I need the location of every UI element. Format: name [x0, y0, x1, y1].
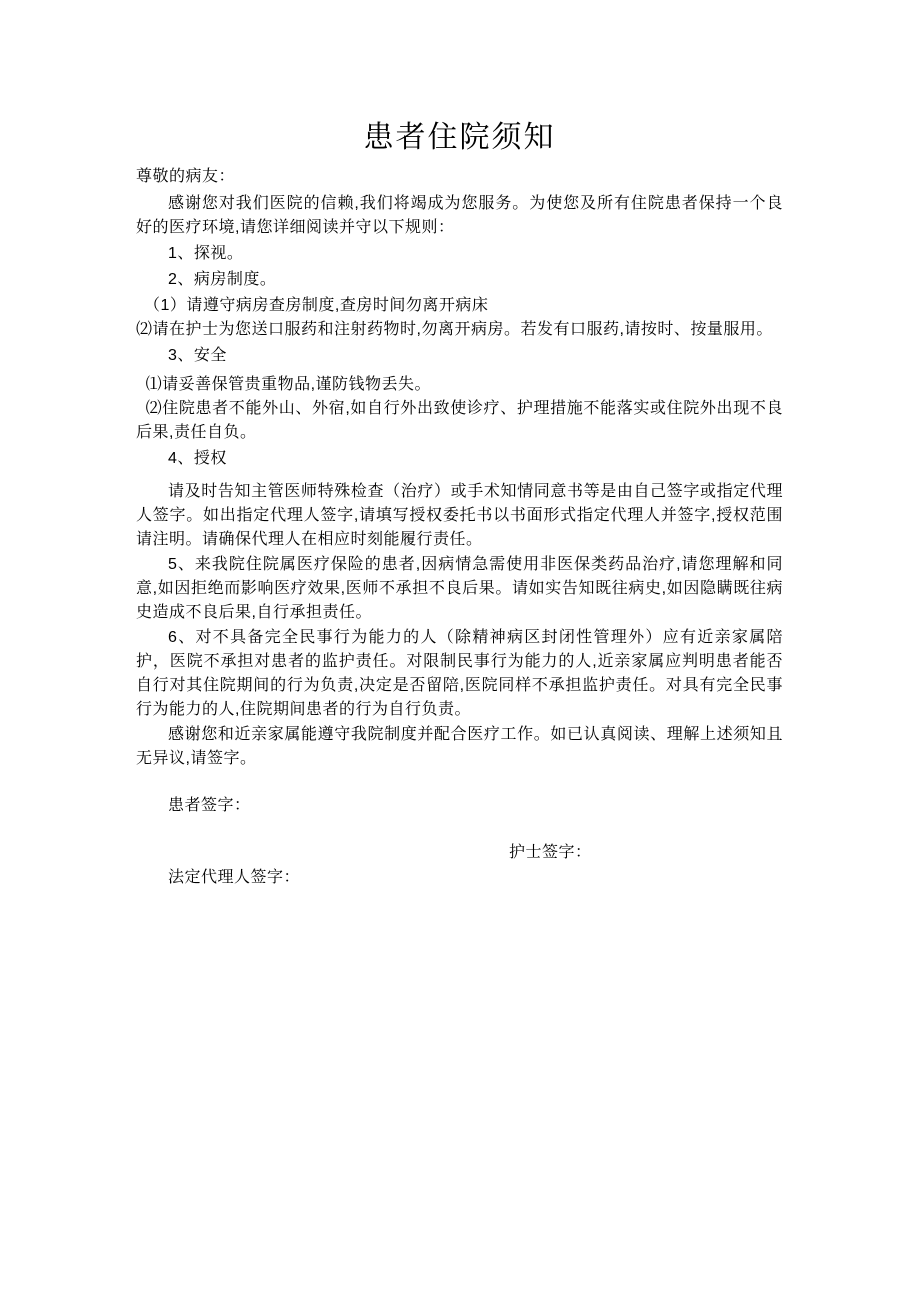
rule-item-4: 4、授权 — [136, 447, 783, 471]
rule-4-authorization-paragraph: 请及时告知主管医师特殊检查（治疗）或手术知情同意书等是由自己签字或指定代理人签字… — [136, 480, 783, 552]
intro-paragraph: 感谢您对我们医院的信赖,我们将竭成为您服务。为使您及所有住院患者保持一个良好的医… — [136, 192, 783, 240]
rule-2-sub-2: ⑵请在护士为您送口服药和注射药物时,勿离开病房。若发有口服药,请按时、按量服用。 — [136, 318, 783, 342]
nurse-signature-label: 护士签字： — [136, 841, 783, 865]
rule-item-2: 2、病房制度。 — [136, 268, 783, 292]
document-page: 患者住院须知 尊敬的病友： 感谢您对我们医院的信赖,我们将竭成为您服务。为使您及… — [0, 0, 920, 1301]
rule-3-sub-2: ⑵住院患者不能外山、外宿,如自行外出致使诊疗、护理措施不能落实或住院外出现不良后… — [136, 397, 783, 445]
closing-paragraph: 感谢您和近亲家属能遵守我院制度并配合医疗工作。如已认真阅读、理解上述须知且无异议… — [136, 723, 783, 771]
rule-item-6: 6、对不具备完全民事行为能力的人（除精神病区封闭性管理外）应有近亲家属陪护，医院… — [136, 626, 783, 722]
rule-item-3: 3、安全 — [136, 344, 783, 368]
rule-3-sub-1: ⑴请妥善保管贵重物品,谨防钱物丢失。 — [136, 373, 783, 397]
document-title: 患者住院须知 — [136, 116, 783, 160]
rule-2-sub-1: （1）请遵守病房查房制度,查房时间勿离开病床 — [136, 294, 783, 318]
greeting-text: 尊敬的病友： — [136, 165, 783, 189]
legal-representative-signature-label: 法定代理人签字： — [136, 866, 783, 890]
patient-signature-label: 患者签字： — [136, 794, 783, 818]
rule-item-5: 5、来我院住院属医疗保险的患者,因病情急需使用非医保类药品治疗,请您理解和同意,… — [136, 553, 783, 625]
rule-item-1: 1、探视。 — [136, 242, 783, 266]
document-content: 患者住院须知 尊敬的病友： 感谢您对我们医院的信赖,我们将竭成为您服务。为使您及… — [136, 0, 783, 890]
